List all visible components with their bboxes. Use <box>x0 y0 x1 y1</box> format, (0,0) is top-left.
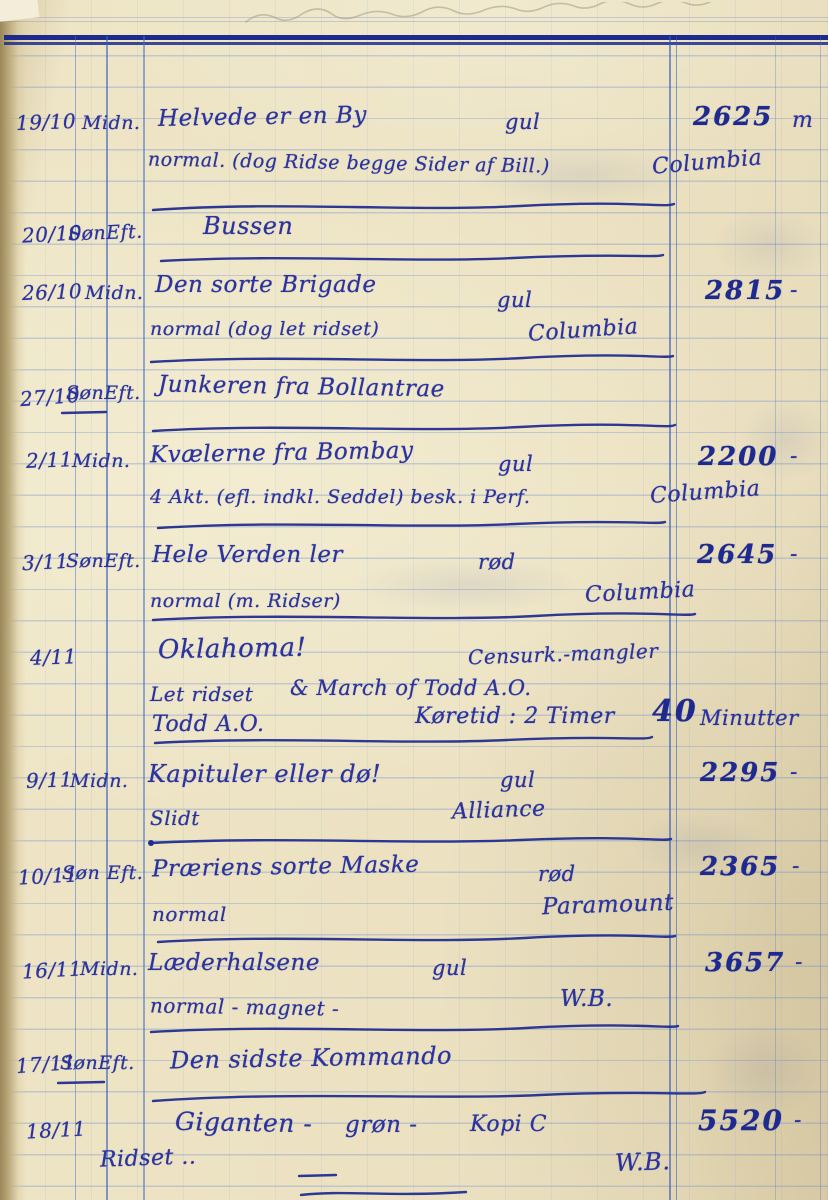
entry-session: SønEft. <box>60 1052 135 1074</box>
ledger-page: 19/10 Midn. Helvede er en By gul 2625 m … <box>0 0 828 1200</box>
condition-note: Let ridset <box>150 682 253 706</box>
entry-date: 16/11 <box>21 956 82 983</box>
film-length: 5520 <box>698 1104 784 1137</box>
entry-session: Midn. <box>80 958 138 980</box>
film-title: Præriens sorte Maske <box>152 852 420 883</box>
condition-note: normal <box>152 902 227 926</box>
column-line-2 <box>106 36 108 1200</box>
top-rule-thick <box>4 35 828 40</box>
entry-date: 2/11 <box>26 447 74 473</box>
length-unit: - <box>795 950 803 975</box>
length-unit: m <box>792 108 813 133</box>
print-color: gul <box>505 110 540 134</box>
pencil-scribble <box>240 2 740 32</box>
entry-date: 3/11 <box>21 549 69 575</box>
length-unit: - <box>792 854 800 879</box>
film-title: Junkeren fra Bollantrae <box>158 372 445 403</box>
ink-separator <box>148 350 678 368</box>
film-title: Giganten - <box>175 1107 313 1138</box>
entry-session: SønEft. <box>66 550 141 572</box>
print-color: gul <box>497 288 532 312</box>
film-title: Hele Verden ler <box>152 542 343 568</box>
film-title: Den sorte Brigade <box>155 272 377 298</box>
distributor-name: Alliance <box>452 796 546 824</box>
film-length: 2365 <box>700 852 780 882</box>
column-line-1 <box>75 36 76 1200</box>
ink-separator <box>150 608 700 626</box>
print-color: rød <box>538 862 576 886</box>
film-title: Helvede er en By <box>158 102 367 132</box>
condition-note: Ridset .. <box>100 1144 197 1172</box>
version-note: & March of Todd A.O. <box>290 676 532 700</box>
entry-date: 18/11 <box>25 1116 86 1143</box>
distributor-name: W.B. <box>615 1147 671 1177</box>
ink-dash <box>296 1168 471 1182</box>
distributor-name: Paramount <box>542 890 675 921</box>
session-underline <box>56 1078 108 1088</box>
entry-date: 9/11 <box>26 767 74 793</box>
entry-date: 26/10 <box>22 279 83 305</box>
film-title: Den sidste Kommando <box>170 1042 452 1075</box>
top-rule-thin <box>4 42 828 45</box>
copy-designation: Kopi C <box>470 1112 547 1137</box>
entry-date: 19/10 <box>16 109 77 135</box>
runtime-unit: Minutter <box>700 706 799 730</box>
ink-separator <box>146 832 676 850</box>
film-title: Læderhalsene <box>148 950 320 976</box>
film-length: 2625 <box>693 102 773 132</box>
condition-note: normal (dog let ridset) <box>150 318 379 340</box>
entry-date: 4/11 <box>30 644 78 670</box>
length-unit: - <box>790 444 798 469</box>
entry-session: Midn. <box>85 282 143 304</box>
length-unit: - <box>790 278 798 303</box>
binding-edge <box>0 0 26 1200</box>
length-unit: - <box>794 1108 802 1133</box>
ink-separator <box>152 732 657 750</box>
film-length: 2815 <box>705 276 785 306</box>
distributor-name: W.B. <box>560 986 613 1012</box>
session-underline <box>60 408 110 418</box>
entry-session: Midn. <box>82 112 140 134</box>
condition-note: 4 Akt. (efl. indkl. Seddel) besk. i Perf… <box>150 486 530 508</box>
film-length: 2645 <box>697 540 777 570</box>
entry-session: Søn Eft. <box>62 862 143 884</box>
film-length: 2295 <box>700 758 780 788</box>
print-color: rød <box>478 550 516 574</box>
film-title: Oklahoma! <box>158 633 307 666</box>
film-title: Kapituler eller dø! <box>148 760 381 788</box>
entry-session: SønEft. <box>68 221 144 246</box>
runtime-minutes: 40 <box>652 694 698 729</box>
ink-separator <box>148 1020 683 1038</box>
ink-separator <box>155 516 670 534</box>
ink-separator <box>150 420 680 438</box>
film-length: 3657 <box>705 948 785 978</box>
runtime-note: Køretid : 2 Timer <box>415 704 615 729</box>
film-title: Kvælerne fra Bombay <box>150 438 414 469</box>
ink-separator <box>298 1186 473 1200</box>
entry-session: Midn. <box>70 770 128 792</box>
condition-note: normal - magnet - <box>150 993 340 1020</box>
entry-session: Midn. <box>72 450 130 472</box>
column-line-3 <box>143 36 145 1200</box>
length-unit: - <box>790 542 798 567</box>
condition-note: Slidt <box>150 806 200 830</box>
ink-separator <box>155 930 680 948</box>
entry-session: SønEft. <box>66 382 141 404</box>
print-color: gul <box>432 956 467 980</box>
length-unit: - <box>790 760 798 785</box>
ink-separator <box>158 250 668 268</box>
print-color: gul <box>498 452 533 476</box>
film-title: Bussen <box>203 212 293 240</box>
ink-separator <box>150 1088 710 1106</box>
print-color: gul <box>500 768 535 792</box>
top-crease-line <box>0 21 828 22</box>
film-length: 2200 <box>698 442 778 472</box>
print-color: grøn - <box>345 1112 417 1138</box>
